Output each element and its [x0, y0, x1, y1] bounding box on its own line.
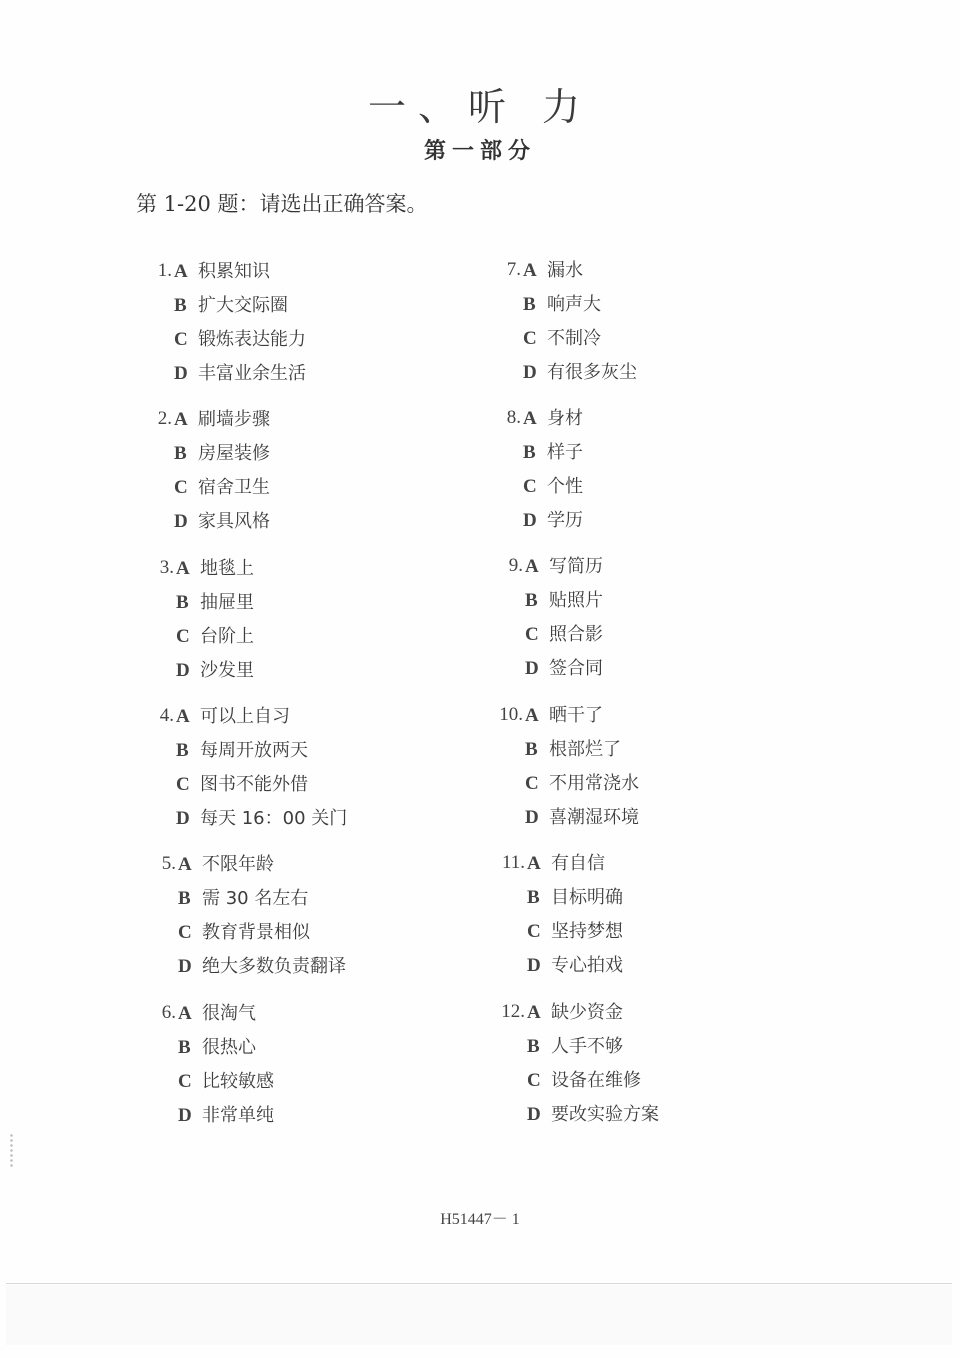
option-a[interactable]: 7.A漏水: [495, 253, 825, 287]
question-8: 8.A身材 B样子 C个性 D学历: [495, 401, 825, 537]
question-number: 7.: [481, 253, 521, 287]
option-letter: B: [174, 437, 196, 471]
option-text: 地毯上: [200, 552, 254, 586]
option-letter: B: [523, 436, 545, 470]
option-b[interactable]: B人手不够: [499, 1029, 829, 1063]
question-number: 8.: [481, 401, 521, 435]
option-letter: D: [178, 1099, 200, 1133]
option-d[interactable]: D要改实验方案: [499, 1097, 829, 1131]
option-letter: D: [176, 654, 198, 688]
option-b[interactable]: B很热心: [150, 1030, 480, 1064]
option-b[interactable]: B根部烂了: [497, 732, 827, 766]
question-number: 2.: [132, 402, 172, 436]
scan-edge-divider: [6, 1283, 952, 1284]
question-number: 6.: [136, 996, 176, 1030]
option-b[interactable]: B抽屉里: [148, 585, 478, 619]
scan-bottom-band: [6, 1285, 952, 1345]
question-1: 1.A积累知识 B扩大交际圈 C锻炼表达能力 D丰富业余生活: [146, 254, 476, 390]
option-letter: C: [525, 767, 547, 801]
option-text: 样子: [547, 436, 583, 470]
option-a[interactable]: 8.A身材: [495, 401, 825, 435]
option-a[interactable]: 6.A很淘气: [150, 996, 480, 1030]
option-a[interactable]: 4.A可以上自习: [148, 699, 478, 733]
option-text: 不用常浇水: [549, 767, 639, 801]
option-d[interactable]: D每天 16：00 关门: [148, 801, 478, 835]
option-c[interactable]: C个性: [495, 469, 825, 503]
option-text: 专心拍戏: [551, 949, 623, 983]
option-b[interactable]: B房屋装修: [146, 436, 476, 470]
option-letter: D: [523, 356, 545, 390]
question-12: 12.A缺少资金 B人手不够 C设备在维修 D要改实验方案: [499, 995, 829, 1131]
option-letter: C: [523, 322, 545, 356]
option-a[interactable]: 3.A地毯上: [148, 551, 478, 585]
option-letter: A: [523, 402, 545, 436]
option-text: 很淘气: [202, 997, 256, 1031]
option-b[interactable]: B样子: [495, 435, 825, 469]
option-text: 喜潮湿环境: [549, 801, 639, 835]
option-text: 比较敏感: [202, 1065, 274, 1099]
option-text: 不限年龄: [202, 848, 274, 882]
option-d[interactable]: D签合同: [497, 651, 827, 685]
option-text: 写简历: [549, 550, 603, 584]
option-letter: A: [176, 552, 198, 586]
option-text: 每天 16：00 关门: [200, 802, 347, 836]
question-3: 3.A地毯上 B抽屉里 C台阶上 D沙发里: [148, 551, 478, 687]
option-text: 家具风格: [198, 505, 270, 539]
option-d[interactable]: D非常单纯: [150, 1098, 480, 1132]
option-c[interactable]: C图书不能外借: [148, 767, 478, 801]
option-letter: D: [178, 950, 200, 984]
option-d[interactable]: D家具风格: [146, 504, 476, 538]
option-b[interactable]: B响声大: [495, 287, 825, 321]
option-text: 贴照片: [549, 584, 603, 618]
option-letter: A: [523, 254, 545, 288]
question-6: 6.A很淘气 B很热心 C比较敏感 D非常单纯: [150, 996, 480, 1132]
option-text: 锻炼表达能力: [198, 323, 306, 357]
option-b[interactable]: B需 30 名左右: [150, 881, 480, 915]
option-text: 教育背景相似: [202, 916, 310, 950]
option-letter: A: [174, 403, 196, 437]
option-a[interactable]: 5.A不限年龄: [150, 847, 480, 881]
option-letter: C: [176, 768, 198, 802]
question-number: 12.: [485, 995, 525, 1029]
option-letter: D: [174, 357, 196, 391]
option-text: 积累知识: [198, 255, 270, 289]
option-d[interactable]: D有很多灰尘: [495, 355, 825, 389]
option-c[interactable]: C台阶上: [148, 619, 478, 653]
option-letter: A: [525, 699, 547, 733]
option-a[interactable]: 10.A晒干了: [497, 698, 827, 732]
option-letter: D: [527, 949, 549, 983]
option-c[interactable]: C设备在维修: [499, 1063, 829, 1097]
question-number: 10.: [483, 698, 523, 732]
question-5: 5.A不限年龄 B需 30 名左右 C教育背景相似 D绝大多数负责翻译: [150, 847, 480, 983]
option-letter: B: [178, 1031, 200, 1065]
option-letter: B: [176, 734, 198, 768]
option-letter: D: [525, 652, 547, 686]
question-11: 11.A有自信 B目标明确 C坚持梦想 D专心拍戏: [499, 846, 829, 982]
option-letter: A: [176, 700, 198, 734]
option-text: 图书不能外借: [200, 768, 308, 802]
option-letter: B: [525, 733, 547, 767]
option-letter: C: [176, 620, 198, 654]
option-letter: D: [525, 801, 547, 835]
question-10: 10.A晒干了 B根部烂了 C不用常浇水 D喜潮湿环境: [497, 698, 827, 834]
option-c[interactable]: C锻炼表达能力: [146, 322, 476, 356]
option-text: 需 30 名左右: [202, 882, 308, 916]
section-title: 一、听 力: [0, 76, 960, 131]
option-letter: B: [525, 584, 547, 618]
option-c[interactable]: C坚持梦想: [499, 914, 829, 948]
question-number: 5.: [136, 847, 176, 881]
option-text: 学历: [547, 504, 583, 538]
option-b[interactable]: B目标明确: [499, 880, 829, 914]
question-number: 11.: [485, 846, 525, 880]
option-d[interactable]: D学历: [495, 503, 825, 537]
option-b[interactable]: B贴照片: [497, 583, 827, 617]
option-d[interactable]: D丰富业余生活: [146, 356, 476, 390]
option-d[interactable]: D绝大多数负责翻译: [150, 949, 480, 983]
page-code: H51447－ 1: [0, 1206, 960, 1229]
option-letter: D: [176, 802, 198, 836]
option-letter: C: [527, 915, 549, 949]
option-a[interactable]: 11.A有自信: [499, 846, 829, 880]
question-number: 4.: [134, 699, 174, 733]
option-text: 宿舍卫生: [198, 471, 270, 505]
option-text: 个性: [547, 470, 583, 504]
option-text: 身材: [547, 402, 583, 436]
option-text: 有自信: [551, 847, 605, 881]
option-text: 响声大: [547, 288, 601, 322]
option-text: 照合影: [549, 618, 603, 652]
option-text: 有很多灰尘: [547, 356, 637, 390]
question-number: 1.: [132, 254, 172, 288]
option-text: 扩大交际圈: [198, 289, 288, 323]
option-text: 台阶上: [200, 620, 254, 654]
option-letter: D: [523, 504, 545, 538]
option-d[interactable]: D沙发里: [148, 653, 478, 687]
option-text: 设备在维修: [551, 1064, 641, 1098]
option-c[interactable]: C宿舍卫生: [146, 470, 476, 504]
option-letter: D: [527, 1098, 549, 1132]
option-c[interactable]: C教育背景相似: [150, 915, 480, 949]
option-text: 要改实验方案: [551, 1098, 659, 1132]
binding-marks: [9, 1133, 14, 1167]
question-number: 9.: [483, 549, 523, 583]
option-letter: B: [523, 288, 545, 322]
option-text: 不制冷: [547, 322, 601, 356]
option-text: 非常单纯: [202, 1099, 274, 1133]
option-letter: C: [174, 471, 196, 505]
option-text: 目标明确: [551, 881, 623, 915]
option-text: 抽屉里: [200, 586, 254, 620]
option-c[interactable]: C比较敏感: [150, 1064, 480, 1098]
option-text: 绝大多数负责翻译: [202, 950, 346, 984]
option-letter: C: [523, 470, 545, 504]
option-text: 房屋装修: [198, 437, 270, 471]
option-text: 坚持梦想: [551, 915, 623, 949]
option-a[interactable]: 2.A刷墙步骤: [146, 402, 476, 436]
option-letter: B: [527, 881, 549, 915]
option-text: 沙发里: [200, 654, 254, 688]
option-b[interactable]: B每周开放两天: [148, 733, 478, 767]
option-c[interactable]: C照合影: [497, 617, 827, 651]
option-letter: A: [174, 255, 196, 289]
option-d[interactable]: D喜潮湿环境: [497, 800, 827, 834]
option-c[interactable]: C不制冷: [495, 321, 825, 355]
option-text: 缺少资金: [551, 996, 623, 1030]
option-a[interactable]: 12.A缺少资金: [499, 995, 829, 1029]
option-a[interactable]: 9.A写简历: [497, 549, 827, 583]
option-letter: C: [178, 1065, 200, 1099]
option-text: 人手不够: [551, 1030, 623, 1064]
option-letter: C: [527, 1064, 549, 1098]
option-letter: C: [178, 916, 200, 950]
question-4: 4.A可以上自习 B每周开放两天 C图书不能外借 D每天 16：00 关门: [148, 699, 478, 835]
option-letter: B: [178, 882, 200, 916]
part-title: 第一部分: [0, 134, 960, 165]
question-9: 9.A写简历 B贴照片 C照合影 D签合同: [497, 549, 827, 685]
option-letter: B: [174, 289, 196, 323]
option-c[interactable]: C不用常浇水: [497, 766, 827, 800]
option-b[interactable]: B扩大交际圈: [146, 288, 476, 322]
option-letter: D: [174, 505, 196, 539]
option-text: 根部烂了: [549, 733, 621, 767]
option-letter: B: [527, 1030, 549, 1064]
option-letter: B: [176, 586, 198, 620]
option-letter: C: [525, 618, 547, 652]
option-letter: A: [527, 996, 549, 1030]
option-text: 可以上自习: [200, 700, 290, 734]
question-2: 2.A刷墙步骤 B房屋装修 C宿舍卫生 D家具风格: [146, 402, 476, 538]
question-7: 7.A漏水 B响声大 C不制冷 D有很多灰尘: [495, 253, 825, 389]
option-text: 很热心: [202, 1031, 256, 1065]
option-d[interactable]: D专心拍戏: [499, 948, 829, 982]
instructions: 第 1-20 题：请选出正确答案。: [136, 188, 428, 218]
option-letter: A: [178, 848, 200, 882]
option-text: 每周开放两天: [200, 734, 308, 768]
exam-page: 一、听 力 第一部分 第 1-20 题：请选出正确答案。 1.A积累知识 B扩大…: [0, 0, 960, 1358]
option-text: 丰富业余生活: [198, 357, 306, 391]
option-letter: C: [174, 323, 196, 357]
option-letter: A: [178, 997, 200, 1031]
question-number: 3.: [134, 551, 174, 585]
option-letter: A: [527, 847, 549, 881]
option-text: 刷墙步骤: [198, 403, 270, 437]
option-text: 晒干了: [549, 699, 603, 733]
option-text: 签合同: [549, 652, 603, 686]
option-letter: A: [525, 550, 547, 584]
option-a[interactable]: 1.A积累知识: [146, 254, 476, 288]
option-text: 漏水: [547, 254, 583, 288]
